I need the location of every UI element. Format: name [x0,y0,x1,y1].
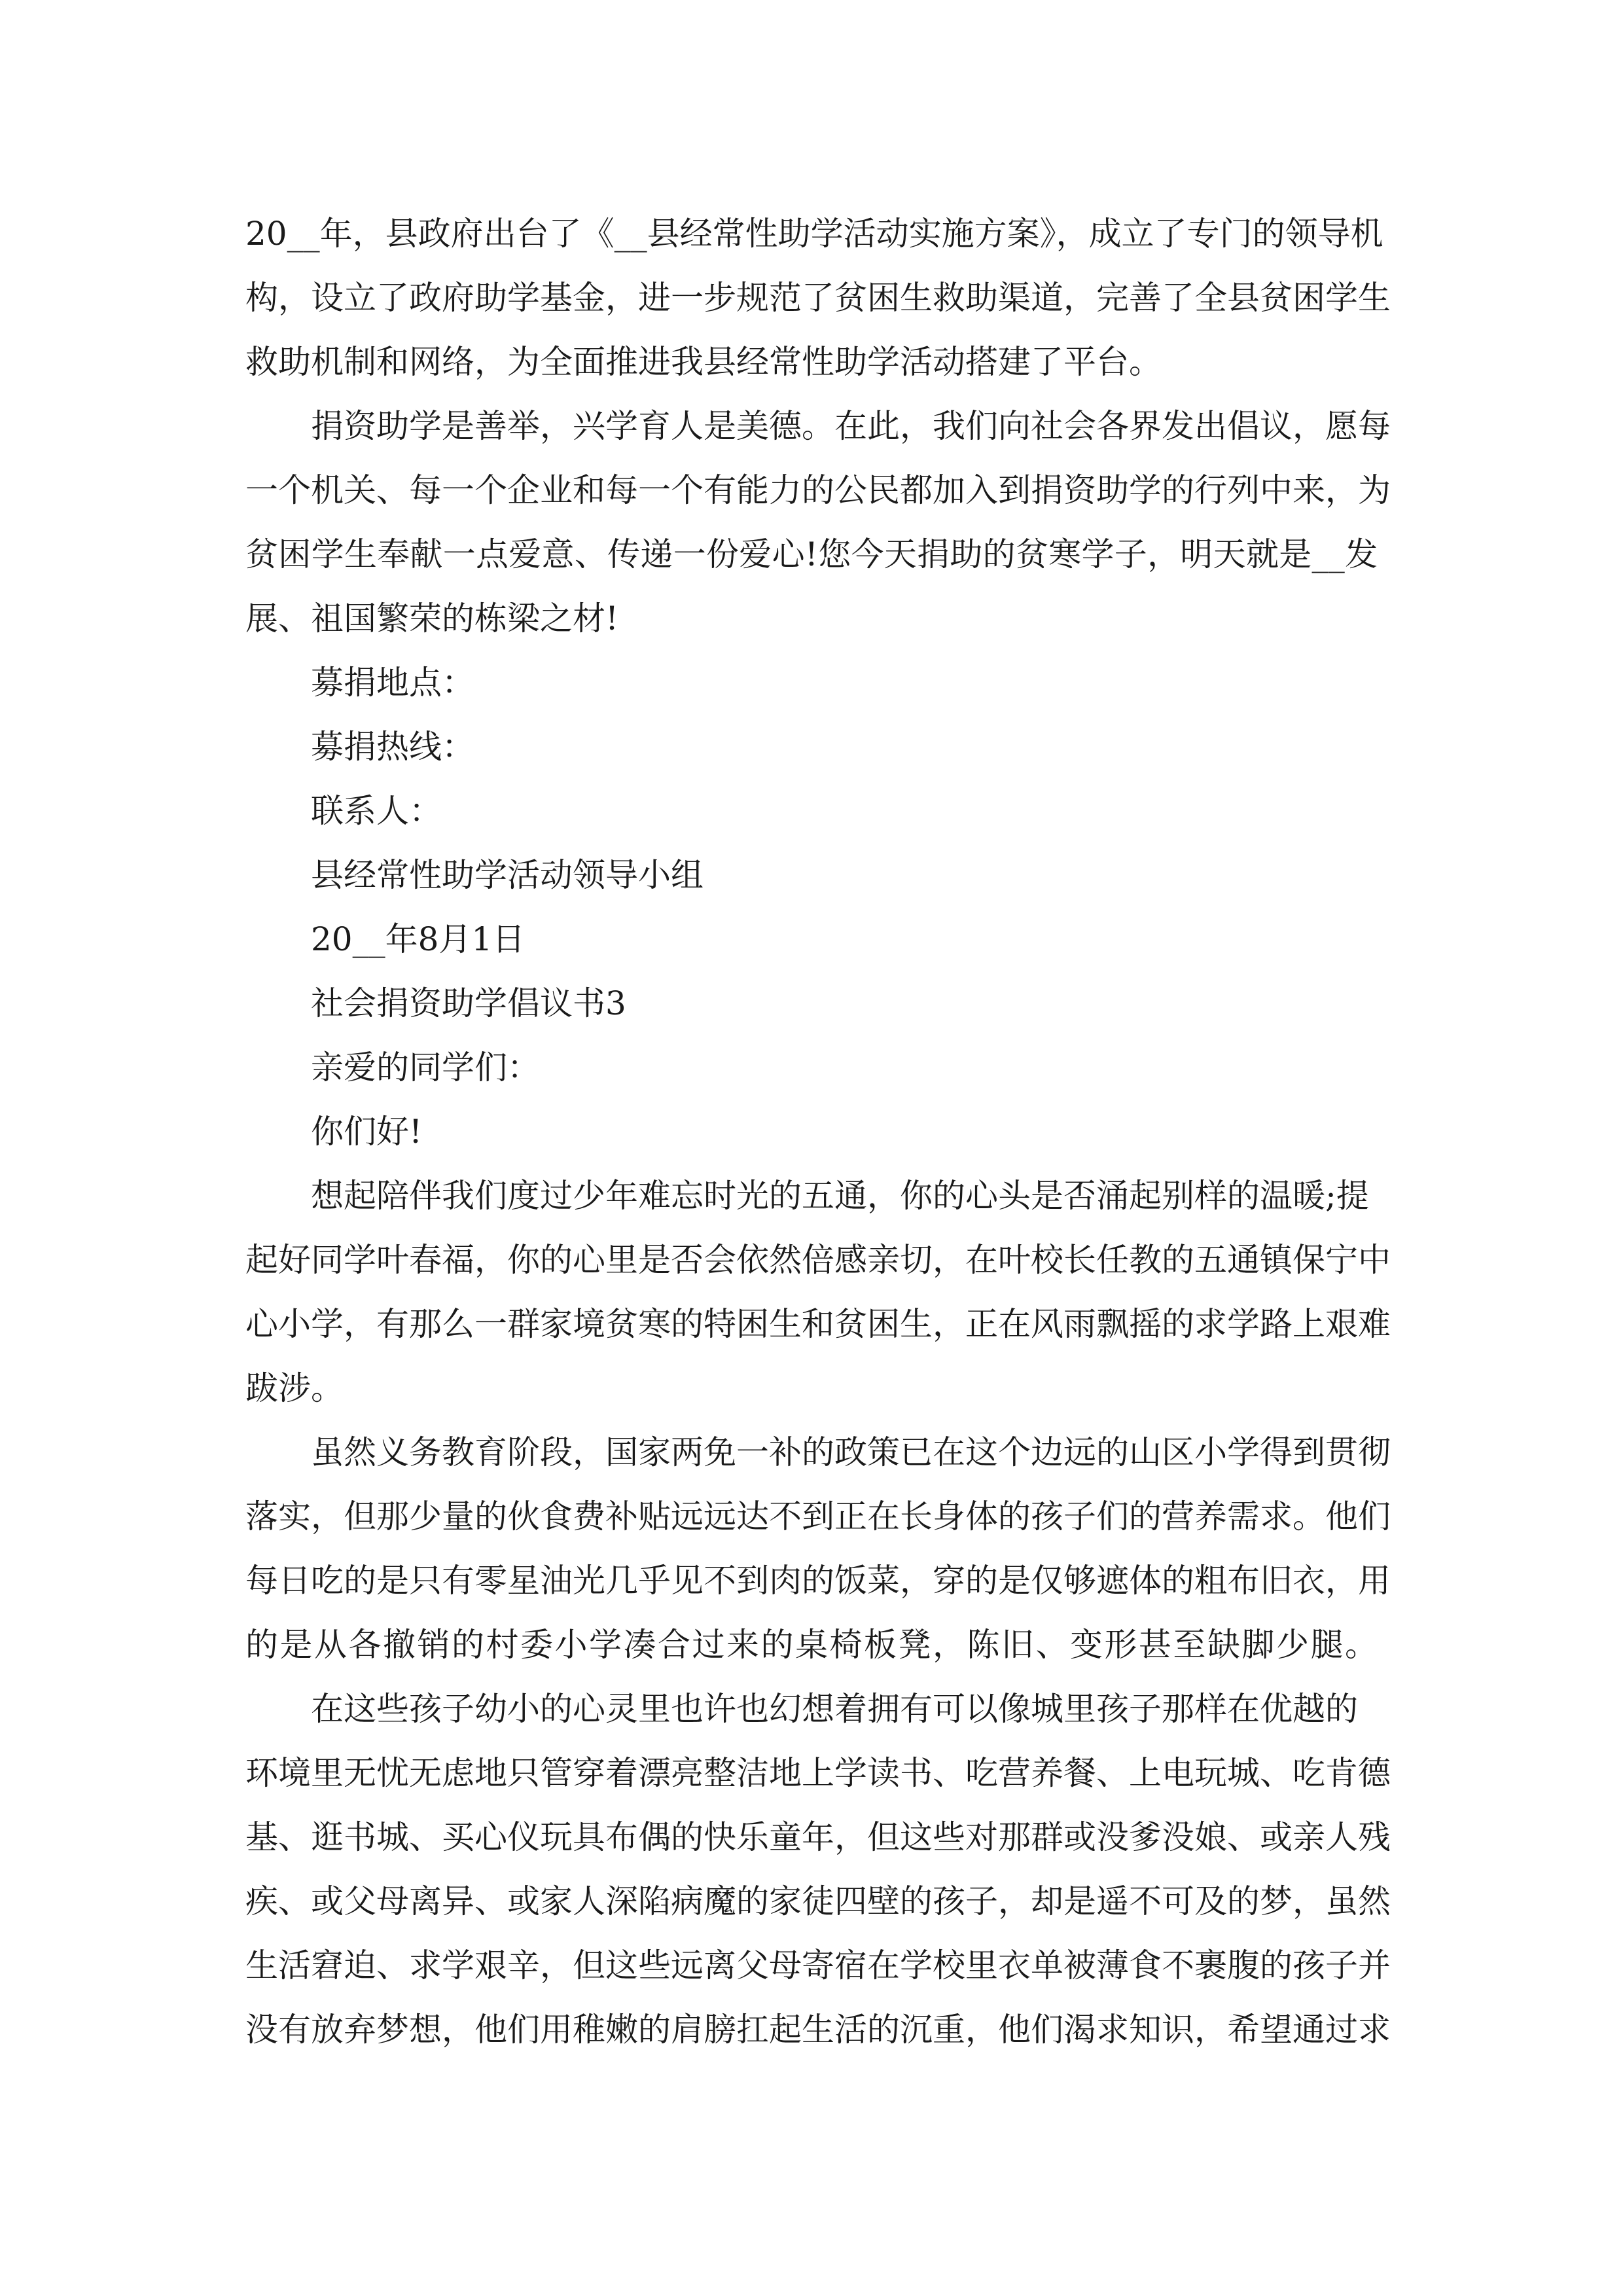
donation-hotline-label: 募捐热线： [245,715,1378,779]
text-line: 捐资助学是善举，兴学育人是美德。在此，我们向社会各界发出倡议，愿每 [245,394,1378,458]
signature-date: 20__年8月1日 [245,907,1378,971]
text-line: 在这些孩子幼小的心灵里也许也幻想着拥有可以像城里孩子那样在优越的 [245,1677,1378,1741]
donation-location-label: 募捐地点： [245,651,1378,715]
salutation: 亲爱的同学们： [245,1035,1378,1100]
section-title: 社会捐资助学倡议书3 [245,971,1378,1035]
text-line: 的是从各撤销的村委小学凑合过来的桌椅板凳，陈旧、变形甚至缺脚少腿。 [245,1613,1378,1677]
document-page: 20__年，县政府出台了《__县经常性助学活动实施方案》，成立了专门的领导机 构… [245,202,1378,2062]
text-line: 展、祖国繁荣的栋梁之材! [245,586,1378,651]
text-line: 跋涉。 [245,1356,1378,1420]
text-line: 虽然义务教育阶段，国家两免一补的政策已在这个边远的山区小学得到贯彻 [245,1420,1378,1484]
paragraph-dreams: 在这些孩子幼小的心灵里也许也幻想着拥有可以像城里孩子那样在优越的 环境里无忧无虑… [245,1677,1378,2062]
text-line: 生活窘迫、求学艰辛，但这些远离父母寄宿在学校里衣单被薄食不裹腹的孩子并 [245,1933,1378,1998]
text-line: 起好同学叶春福，你的心里是否会依然倍感亲切，在叶校长任教的五通镇保宁中 [245,1228,1378,1292]
text-line: 一个机关、每一个企业和每一个有能力的公民都加入到捐资助学的行列中来，为 [245,458,1378,522]
greeting: 你们好! [245,1100,1378,1164]
paragraph-policy: 20__年，县政府出台了《__县经常性助学活动实施方案》，成立了专门的领导机 构… [245,202,1378,394]
signature-org: 县经常性助学活动领导小组 [245,843,1378,907]
text-line: 贫困学生奉献一点爱意、传递一份爱心!您今天捐助的贫寒学子，明天就是__发 [245,522,1378,586]
text-line: 疾、或父母离异、或家人深陷病魔的家徒四壁的孩子，却是遥不可及的梦，虽然 [245,1869,1378,1933]
text-line: 想起陪伴我们度过少年难忘时光的五通，你的心头是否涌起别样的温暖;提 [245,1164,1378,1228]
paragraph-conditions: 虽然义务教育阶段，国家两免一补的政策已在这个边远的山区小学得到贯彻 落实，但那少… [245,1420,1378,1677]
text-line: 救助机制和网络，为全面推进我县经常性助学活动搭建了平台。 [245,330,1378,394]
paragraph-memories: 想起陪伴我们度过少年难忘时光的五通，你的心头是否涌起别样的温暖;提 起好同学叶春… [245,1164,1378,1420]
text-line: 心小学，有那么一群家境贫寒的特困生和贫困生，正在风雨飘摇的求学路上艰难 [245,1292,1378,1356]
paragraph-appeal: 捐资助学是善举，兴学育人是美德。在此，我们向社会各界发出倡议，愿每 一个机关、每… [245,394,1378,651]
text-line: 环境里无忧无虑地只管穿着漂亮整洁地上学读书、吃营养餐、上电玩城、吃肯德 [245,1741,1378,1805]
text-line: 基、逛书城、买心仪玩具布偶的快乐童年，但这些对那群或没爹没娘、或亲人残 [245,1805,1378,1869]
text-line: 落实，但那少量的伙食费补贴远远达不到正在长身体的孩子们的营养需求。他们 [245,1484,1378,1549]
text-line: 20__年，县政府出台了《__县经常性助学活动实施方案》，成立了专门的领导机 [245,202,1378,266]
text-line: 构，设立了政府助学基金，进一步规范了贫困生救助渠道，完善了全县贫困学生 [245,266,1378,330]
text-line: 每日吃的是只有零星油光几乎见不到肉的饭菜，穿的是仅够遮体的粗布旧衣，用 [245,1549,1378,1613]
contact-label: 联系人： [245,779,1378,843]
text-line: 没有放弃梦想，他们用稚嫩的肩膀扛起生活的沉重，他们渴求知识，希望通过求 [245,1998,1378,2062]
